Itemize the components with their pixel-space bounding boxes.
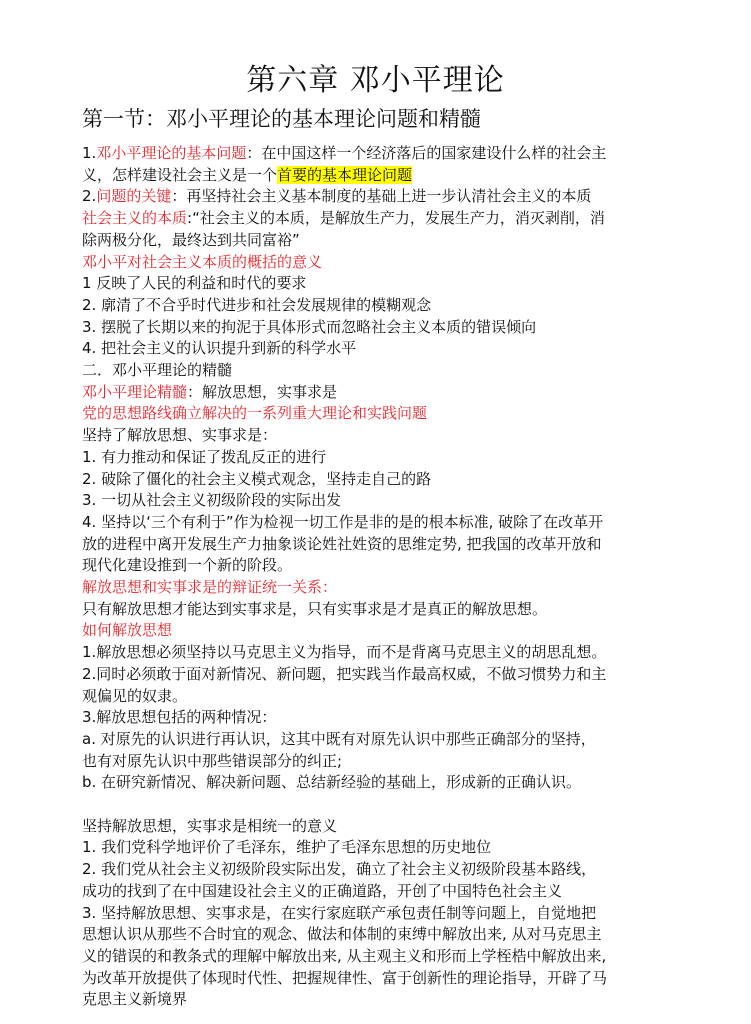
list-item-cont: 为改革开放提供了体现时代性、把握规律性、富于创新性的理论指导，开辟了马 [82,968,682,990]
list-item-cont: 克思主义新境界 [82,989,682,1011]
item-number: 2. [82,187,96,205]
red-heading: 如何解放思想 [82,620,682,642]
list-item: 2. 廓清了不合乎时代进步和社会发展规律的模糊观念 [82,295,682,317]
list-item-cont: 成功的找到了在中国建设社会主义的正确道路，开创了中国特色社会主义 [82,881,682,903]
list-item: 4. 坚持以‘三个有利于”作为检视一切工作是非的是的根本标准, 破除了在改革开 [82,512,682,534]
list-item: b. 在研究新情况、解决新问题、总结新经验的基础上，形成新的正确认识。 [82,772,682,794]
red-heading: 邓小平对社会主义本质的概括的意义 [82,252,682,274]
line-text: ：解放思想，实事求是 [187,383,337,401]
document-body: 1.邓小平理论的基本问题：在中国这样一个经济落后的国家建设什么样的社会主 义，怎… [82,143,682,1011]
list-item: 4. 把社会主义的认识提升到新的科学水平 [82,338,682,360]
basic-question-line: 1.邓小平理论的基本问题：在中国这样一个经济落后的国家建设什么样的社会主 [82,143,682,165]
key-term: 问题的关键 [96,187,171,205]
list-item: 2. 我们党从社会主义初级阶段实际出发，确立了社会主义初级阶段基本路线， [82,859,682,881]
essence-line: 社会主义的本质:“社会主义的本质，是解放生产力，发展生产力，消灭剥削，消 [82,208,682,230]
key-term: 社会主义的本质 [82,209,187,227]
list-item: a. 对原先的认识进行再认识，这其中既有对原先认识中那些正确部分的坚持， [82,729,682,751]
essence-of-theory-line: 邓小平理论精髓：解放思想，实事求是 [82,382,682,404]
paragraph-line: 只有解放思想才能达到实事求是，只有实事求是才是真正的解放思想。 [82,599,682,621]
paragraph-line: 坚持了解放思想、实事求是： [82,425,682,447]
list-item-cont: 思想认识从那些不合时宜的观念、做法和体制的束缚中解放出来, 从对马克思主 [82,924,682,946]
list-item: 2. 破除了僵化的社会主义模式观念，坚持走自己的路 [82,469,682,491]
list-item: 3. 摆脱了长期以来的拘泥于具体形式而忽略社会主义本质的错误倾向 [82,317,682,339]
list-item: 2.同时必须敢于面对新情况、新问题，把实践当作最高权威，不做习惯势力和主 [82,664,682,686]
list-item-cont: 现代化建设推到一个新的阶段。 [82,555,682,577]
line-text: ：在中国这样一个经济落后的国家建设什么样的社会主 [246,144,606,162]
list-item-cont: 义的错误的和教条式的理解中解放出来, 从主观主义和形而上学桎梏中解放出来, [82,946,682,968]
red-heading: 党的思想路线确立解决的一系列重大理论和实践问题 [82,403,682,425]
key-problem-line: 2.问题的关键：再坚持社会主义基本制度的基础上进一步认清社会主义的本质 [82,186,682,208]
key-term: 邓小平理论的基本问题 [96,144,246,162]
line-text: :“社会主义的本质，是解放生产力，发展生产力，消灭剥削，消 [187,209,605,227]
highlighted-text: 首要的基本理论问题 [277,166,412,184]
red-heading: 解放思想和实事求是的辩证统一关系： [82,577,682,599]
list-item: 3.解放思想包括的两种情况： [82,707,682,729]
list-item: 1. 我们党科学地评价了毛泽东，维护了毛泽东思想的历史地位 [82,837,682,859]
list-item: 1. 有力推动和保证了拨乱反正的进行 [82,447,682,469]
line-text: 义，怎样建设社会主义是一个 [82,166,277,184]
paragraph-heading: 坚持解放思想，实事求是相统一的意义 [82,816,682,838]
list-item-cont: 也有对原先认识中那些错误部分的纠正; [82,751,682,773]
basic-question-line-cont: 义，怎样建设社会主义是一个首要的基本理论问题 [82,165,682,187]
list-item: 3. 坚持解放思想、实事求是，在实行家庭联产承包责任制等问题上，自觉地把 [82,903,682,925]
list-item-cont: 放的进程中离开发展生产力抽象谈论姓社姓资的思维定势, 把我国的改革开放和 [82,534,682,556]
chapter-title: 第六章 邓小平理论 [0,55,751,99]
list-item-cont: 观偏见的奴隶。 [82,686,682,708]
line-text: ：再坚持社会主义基本制度的基础上进一步认清社会主义的本质 [171,187,591,205]
subsection-heading: 二．邓小平理论的精髓 [82,360,682,382]
list-item: 1.解放思想必须坚持以马克思主义为指导，而不是背离马克思主义的胡思乱想。 [82,642,682,664]
key-term: 邓小平理论精髓 [82,383,187,401]
section-title: 第一节：邓小平理论的基本理论问题和精髓 [82,103,481,133]
essence-line-cont: 除两极分化，最终达到共同富裕” [82,230,682,252]
item-number: 1. [82,144,96,162]
list-item: 3. 一切从社会主义初级阶段的实际出发 [82,490,682,512]
blank-line [82,794,682,816]
list-item: 1 反映了人民的利益和时代的要求 [82,273,682,295]
